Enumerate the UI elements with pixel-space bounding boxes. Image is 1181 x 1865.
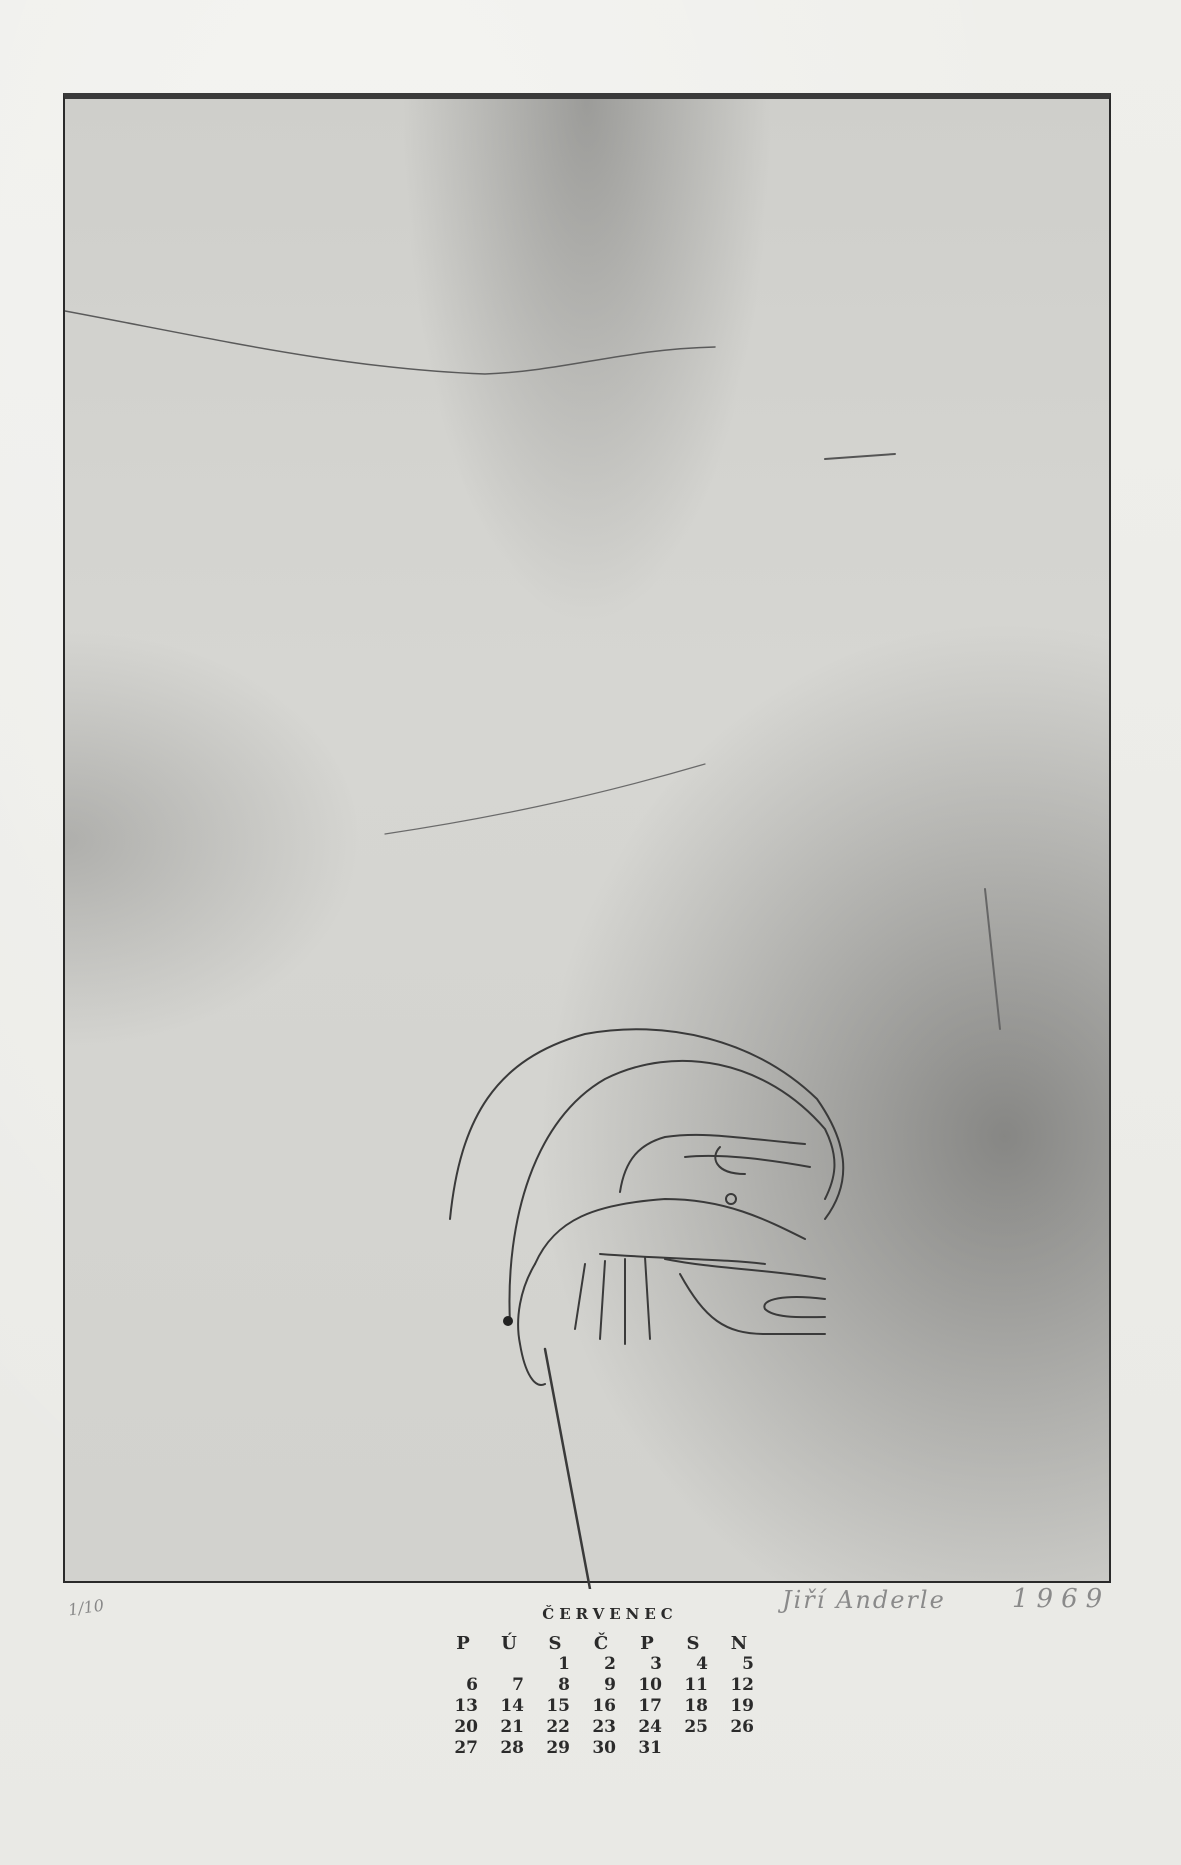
calendar-day: 21 bbox=[486, 1717, 532, 1738]
calendar-day: 8 bbox=[532, 1675, 578, 1696]
calendar-day bbox=[486, 1654, 532, 1675]
calendar-day: 31 bbox=[624, 1738, 670, 1759]
weekday-header: P bbox=[440, 1633, 486, 1654]
calendar-day: 19 bbox=[716, 1696, 762, 1717]
calendar-day: 11 bbox=[670, 1675, 716, 1696]
calendar-day: 15 bbox=[532, 1696, 578, 1717]
calendar-day: 5 bbox=[716, 1654, 762, 1675]
calendar-day: 14 bbox=[486, 1696, 532, 1717]
calendar-day bbox=[440, 1654, 486, 1675]
calendar-day: 29 bbox=[532, 1738, 578, 1759]
calendar-day: 16 bbox=[578, 1696, 624, 1717]
calendar-day: 30 bbox=[578, 1738, 624, 1759]
calendar-day: 27 bbox=[440, 1738, 486, 1759]
calendar-day: 7 bbox=[486, 1675, 532, 1696]
weekday-header: S bbox=[670, 1633, 716, 1654]
weekday-header: S bbox=[532, 1633, 578, 1654]
calendar-month-title: ČERVENEC bbox=[460, 1605, 760, 1623]
calendar-day: 4 bbox=[670, 1654, 716, 1675]
weekday-header: P bbox=[624, 1633, 670, 1654]
shrimp-drawing-icon bbox=[65, 99, 1113, 1589]
calendar-day: 26 bbox=[716, 1717, 762, 1738]
calendar-day: 23 bbox=[578, 1717, 624, 1738]
calendar-day bbox=[670, 1738, 716, 1759]
calendar-day: 20 bbox=[440, 1717, 486, 1738]
weekday-header: Č bbox=[578, 1633, 624, 1654]
artist-signature: Jiří Anderle bbox=[782, 1586, 946, 1614]
etching-plate bbox=[63, 93, 1111, 1583]
weekday-header: N bbox=[716, 1633, 762, 1654]
calendar-day: 13 bbox=[440, 1696, 486, 1717]
calendar-day: 24 bbox=[624, 1717, 670, 1738]
calendar-day: 9 bbox=[578, 1675, 624, 1696]
calendar-day: 12 bbox=[716, 1675, 762, 1696]
calendar-day: 3 bbox=[624, 1654, 670, 1675]
calendar-day: 6 bbox=[440, 1675, 486, 1696]
calendar-day: 22 bbox=[532, 1717, 578, 1738]
calendar-day: 18 bbox=[670, 1696, 716, 1717]
signature-year: 1969 bbox=[1012, 1584, 1110, 1614]
calendar-day: 1 bbox=[532, 1654, 578, 1675]
weekday-header: Ú bbox=[486, 1633, 532, 1654]
calendar: ČERVENEC P Ú S Č P S N 1 2 3 4 5 6 7 8 9… bbox=[440, 1605, 760, 1759]
calendar-day: 25 bbox=[670, 1717, 716, 1738]
calendar-day: 17 bbox=[624, 1696, 670, 1717]
calendar-day bbox=[716, 1738, 762, 1759]
calendar-day: 2 bbox=[578, 1654, 624, 1675]
calendar-day: 10 bbox=[624, 1675, 670, 1696]
calendar-day: 28 bbox=[486, 1738, 532, 1759]
calendar-grid: P Ú S Č P S N 1 2 3 4 5 6 7 8 9 10 11 12… bbox=[440, 1633, 760, 1759]
